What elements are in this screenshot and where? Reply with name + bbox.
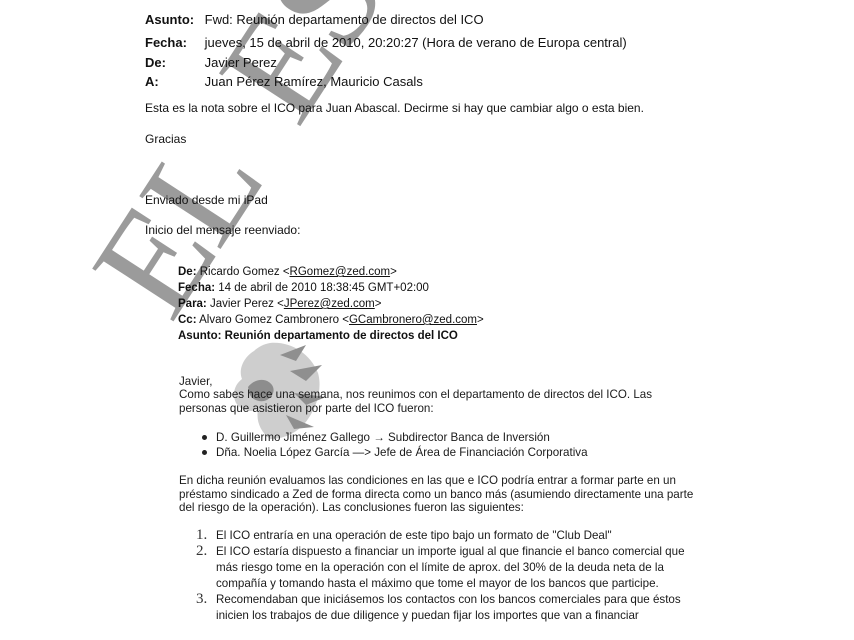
- fwd-date-row: Fecha: 14 de abril de 2010 18:38:45 GMT+…: [178, 282, 429, 294]
- fwd-to-name: Javier Perez <: [210, 298, 284, 310]
- fwd-from-label: De:: [178, 266, 197, 278]
- conclusion-text: El ICO estaría dispuesto a financiar un …: [216, 545, 685, 590]
- attendee-item: D. Guillermo Jiménez Gallego → Subdirect…: [200, 430, 588, 445]
- fwd-from-close: >: [390, 266, 397, 278]
- conclusions-list: 1.El ICO entraría en una operación de es…: [196, 528, 706, 624]
- intro-paragraph: Como sabes hace una semana, nos reunimos…: [179, 388, 694, 415]
- header-subject: Fwd: Reunión departamento de directos de…: [205, 12, 484, 27]
- fwd-cc-label: Cc:: [178, 314, 197, 326]
- bullet-icon: [202, 435, 207, 440]
- fwd-from-name: Ricardo Gomez <: [200, 266, 290, 278]
- header-from: Javier Perez: [205, 55, 277, 70]
- attendee-list: D. Guillermo Jiménez Gallego → Subdirect…: [200, 430, 588, 460]
- header-to-row: A: Juan Pérez Ramírez, Mauricio Casals: [145, 74, 423, 89]
- fwd-cc-row: Cc: Alvaro Gomez Cambronero <GCambronero…: [178, 314, 484, 326]
- conclusion-number: 2.: [196, 543, 207, 559]
- greeting: Javier,: [179, 375, 699, 389]
- conclusion-item: 1.El ICO entraría en una operación de es…: [196, 528, 706, 544]
- header-from-row: De: Javier Perez: [145, 55, 277, 70]
- fwd-to-email-link[interactable]: JPerez@zed.com: [284, 298, 375, 310]
- conclusion-text: Recomendaban que iniciásemos los contact…: [216, 593, 681, 622]
- note-text: Esta es la nota sobre el ICO para Juan A…: [145, 101, 644, 115]
- conclusion-item: 2.El ICO estaría dispuesto a financiar u…: [196, 544, 706, 592]
- fwd-date: 14 de abril de 2010 18:38:45 GMT+02:00: [218, 282, 429, 294]
- header-to-label: A:: [145, 74, 201, 89]
- conclusion-number: 1.: [196, 527, 207, 543]
- header-date: jueves, 15 de abril de 2010, 20:20:27 (H…: [205, 35, 627, 50]
- email-document: Asunto: Fwd: Reunión departamento de dir…: [0, 0, 854, 640]
- fwd-to-label: Para:: [178, 298, 207, 310]
- header-subject-label: Asunto:: [145, 12, 201, 27]
- signature-text: Enviado desde mi iPad: [145, 193, 268, 207]
- forward-intro: Inicio del mensaje reenviado:: [145, 223, 300, 237]
- fwd-date-label: Fecha:: [178, 282, 215, 294]
- conclusion-text: El ICO entraría en una operación de este…: [216, 529, 612, 542]
- fwd-cc-name: Alvaro Gomez Cambronero <: [199, 314, 349, 326]
- fwd-subject: Reunión departamento de directos del ICO: [225, 330, 458, 342]
- header-subject-row: Asunto: Fwd: Reunión departamento de dir…: [145, 12, 484, 27]
- fwd-from-row: De: Ricardo Gomez <RGomez@zed.com>: [178, 266, 397, 278]
- attendee-item: Dña. Noelia López García —> Jefe de Área…: [200, 445, 588, 460]
- fwd-cc-email-link[interactable]: GCambronero@zed.com: [349, 314, 477, 326]
- fwd-to-close: >: [375, 298, 382, 310]
- header-date-label: Fecha:: [145, 35, 201, 50]
- fwd-from-email-link[interactable]: RGomez@zed.com: [290, 266, 391, 278]
- attendee-text: Dña. Noelia López García —> Jefe de Área…: [216, 446, 588, 459]
- header-date-row: Fecha: jueves, 15 de abril de 2010, 20:2…: [145, 35, 627, 50]
- fwd-subject-row: Asunto: Reunión departamento de directos…: [178, 330, 458, 342]
- attendee-text: D. Guillermo Jiménez Gallego → Subdirect…: [216, 431, 550, 444]
- fwd-subject-label: Asunto:: [178, 330, 221, 342]
- fwd-to-row: Para: Javier Perez <JPerez@zed.com>: [178, 298, 381, 310]
- evaluation-paragraph: En dicha reunión evaluamos las condicion…: [179, 474, 697, 515]
- header-from-label: De:: [145, 55, 201, 70]
- conclusion-number: 3.: [196, 591, 207, 607]
- header-to: Juan Pérez Ramírez, Mauricio Casals: [205, 74, 423, 89]
- fwd-cc-close: >: [477, 314, 484, 326]
- conclusion-item: 3.Recomendaban que iniciásemos los conta…: [196, 592, 706, 624]
- thanks-text: Gracias: [145, 132, 186, 146]
- bullet-icon: [202, 450, 207, 455]
